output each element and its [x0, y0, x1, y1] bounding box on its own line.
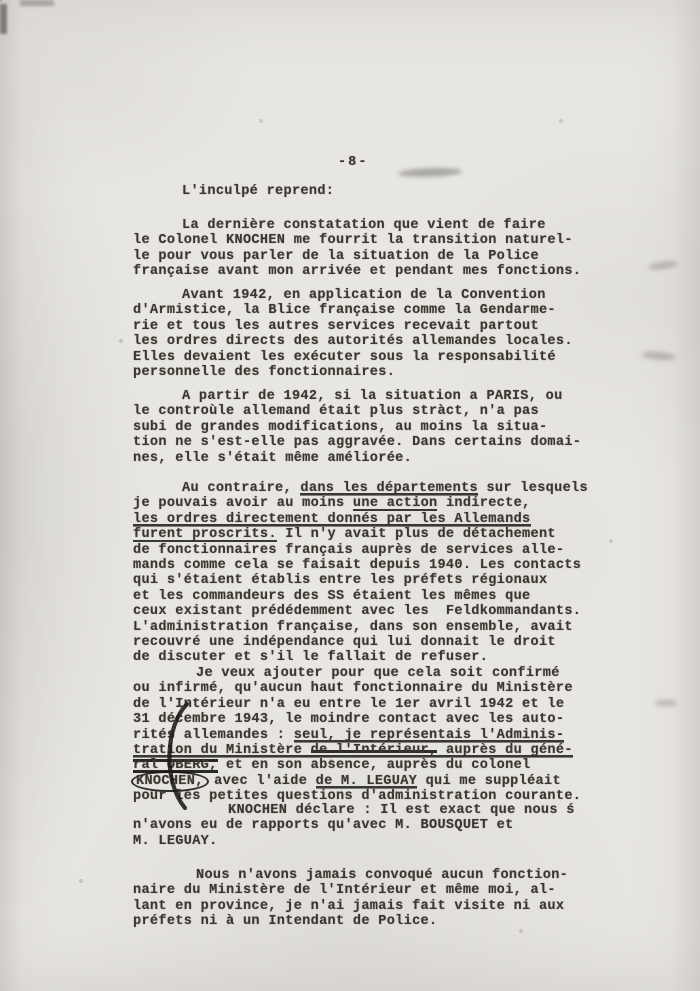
text-line: le pour vous parler de la situation de l… — [133, 249, 613, 264]
text-segment: L'administration française, dans son ens… — [133, 620, 573, 635]
text-line: KNOCHEN, avec l'aide de M. LEGUAY qui me… — [133, 774, 613, 789]
text-segment: recouvré une indépendance qui lui donnai… — [133, 635, 556, 650]
text-line: Au contraire, dans les départements sur … — [133, 481, 613, 496]
paragraph: KNOCHEN déclare : Il est exact que nous … — [133, 803, 613, 849]
text-line: nes, elle s'était même améliorée. — [133, 451, 613, 466]
text-segment: et les commandeurs des SS étaient les mê… — [133, 589, 531, 604]
pen-underlined-text: seul, je représentais l'Adminis- — [294, 728, 565, 743]
text-line: de fonctionnaires français auprès de ser… — [133, 543, 613, 558]
text-line: et les commandeurs des SS étaient les mê… — [133, 589, 613, 604]
text-segment: subi de grandes modifications, au moins … — [133, 420, 547, 435]
text-line: le controùle allemand était plus stràct,… — [133, 404, 613, 419]
pen-marked-text: de l'Intérieur, — [311, 743, 438, 758]
text-line: ou infirmé, qu'aucun haut fonctionnaire … — [133, 681, 613, 696]
text-segment: Je veux ajouter pour que cela soit confi… — [196, 666, 560, 681]
text-segment: lant en province, je n'ai jamais fait vi… — [133, 899, 564, 914]
text-line: les ordres directs des autorités alleman… — [133, 334, 613, 349]
text-segment: n'avons eu de rapports qu'avec M. BOUSQU… — [133, 818, 514, 833]
pen-underlined-text: auprès du géné- — [437, 743, 572, 758]
text-segment: qui me suppléait — [417, 774, 561, 789]
pen-underlined-text: de M. LEGUAY — [316, 774, 418, 789]
document-body: La dernière constatation que vient de fa… — [0, 0, 700, 991]
paragraph: A partir de 1942, si la situation a PARI… — [133, 389, 613, 466]
text-line: Elles devaient les exécuter sous la resp… — [133, 350, 613, 365]
text-segment: le pour vous parler de la situation de l… — [133, 249, 539, 264]
text-segment: personnelle des fonctionnaires. — [133, 365, 395, 380]
text-segment: Elles devaient les exécuter sous la resp… — [133, 350, 556, 365]
text-line: recouvré une indépendance qui lui donnai… — [133, 635, 613, 650]
text-line: mands comme cela se faisait depuis 1940.… — [133, 558, 613, 573]
text-line: ral OBERG, et en son absence, auprès du … — [133, 758, 613, 773]
text-line: KNOCHEN déclare : Il est exact que nous … — [133, 803, 613, 818]
text-line: L'administration française, dans son ens… — [133, 620, 613, 635]
text-segment: les ordres directs des autorités alleman… — [133, 334, 573, 349]
text-segment: indirecte, — [437, 496, 530, 511]
text-segment: avec l'aide — [206, 774, 316, 789]
text-segment: je pouvais avoir au moins — [133, 496, 353, 511]
pen-underlined-text: une action — [353, 496, 438, 511]
text-segment: le controùle allemand était plus stràct,… — [133, 404, 539, 419]
text-line: n'avons eu de rapports qu'avec M. BOUSQU… — [133, 818, 613, 833]
text-segment: Au contraire, — [182, 481, 300, 496]
text-segment: de discuter et s'il le fallait de refuse… — [133, 650, 488, 665]
text-segment: ou infirmé, qu'aucun haut fonctionnaire … — [133, 681, 573, 696]
text-line: A partir de 1942, si la situation a PARI… — [133, 389, 613, 404]
text-line: Avant 1942, en application de la Convent… — [133, 288, 613, 303]
text-segment: sur lesquels — [478, 481, 588, 496]
text-line: Nous n'avons jamais convoqué aucun fonct… — [133, 868, 613, 883]
pen-underlined-text: les ordres directement donnés par les Al… — [133, 512, 531, 527]
text-line: d'Armistice, la Blice française comme la… — [133, 303, 613, 318]
paragraph: Au contraire, dans les départements sur … — [133, 481, 613, 666]
pen-underlined-text: dans les départements — [300, 481, 478, 496]
margin-parenthesis-mark — [156, 700, 196, 817]
text-segment: et en son absence, auprès du colonel — [218, 758, 531, 773]
text-line: naire du Ministère de l'Intérieur et mêm… — [133, 883, 613, 898]
text-segment: tion ne s'est-elle pas aggravée. Dans ce… — [133, 435, 581, 450]
text-segment: le Colonel KNOCHEN me fourrit la transit… — [133, 233, 573, 248]
text-line: 31 décembre 1943, le moindre contact ave… — [133, 712, 613, 727]
text-line: rités allemandes : seul, je représentais… — [133, 728, 613, 743]
scanned-document-page: -8- L'inculpé reprend: La dernière const… — [0, 0, 700, 991]
text-line: personnelle des fonctionnaires. — [133, 365, 613, 380]
text-segment: ceux existant prédédemment avec les Feld… — [133, 604, 581, 619]
text-line: subi de grandes modifications, au moins … — [133, 420, 613, 435]
paragraph: La dernière constatation que vient de fa… — [133, 218, 613, 280]
text-line: préfets ni à un Intendant de Police. — [133, 914, 613, 929]
text-segment: française avant mon arrivée et pendant m… — [133, 264, 581, 279]
text-segment: Il n'y avait plus de détachement — [277, 527, 556, 542]
text-segment: La dernière constatation que vient de fa… — [182, 218, 546, 233]
text-line: lant en province, je n'ai jamais fait vi… — [133, 899, 613, 914]
text-segment: Nous n'avons jamais convoqué aucun fonct… — [196, 868, 568, 883]
text-line: furent proscrits. Il n'y avait plus de d… — [133, 527, 613, 542]
text-line: les ordres directement donnés par les Al… — [133, 512, 613, 527]
text-segment: d'Armistice, la Blice française comme la… — [133, 303, 556, 318]
text-segment: naire du Ministère de l'Intérieur et mêm… — [133, 883, 556, 898]
text-segment: A partir de 1942, si la situation a PARI… — [182, 389, 563, 404]
text-line: Je veux ajouter pour que cela soit confi… — [133, 666, 613, 681]
text-segment: rie et tous les autres services recevait… — [133, 319, 539, 334]
text-segment: M. LEGUAY. — [133, 834, 218, 849]
text-segment: nes, elle s'était même améliorée. — [133, 451, 412, 466]
text-segment: de l'Intérieur n'a eu entre le 1er avril… — [133, 697, 564, 712]
text-line: qui s'étaient établis entre les préfets … — [133, 573, 613, 588]
paragraph: Nous n'avons jamais convoqué aucun fonct… — [133, 868, 613, 930]
paragraph: Avant 1942, en application de la Convent… — [133, 288, 613, 380]
text-segment: Avant 1942, en application de la Convent… — [182, 288, 546, 303]
text-line: M. LEGUAY. — [133, 834, 613, 849]
text-segment: mands comme cela se faisait depuis 1940.… — [133, 558, 581, 573]
text-segment: préfets ni à un Intendant de Police. — [133, 914, 437, 929]
text-segment: de fonctionnaires français auprès de ser… — [133, 543, 564, 558]
text-line: rie et tous les autres services recevait… — [133, 319, 613, 334]
text-line: de discuter et s'il le fallait de refuse… — [133, 650, 613, 665]
text-segment: 31 décembre 1943, le moindre contact ave… — [133, 712, 564, 727]
text-line: le Colonel KNOCHEN me fourrit la transit… — [133, 233, 613, 248]
text-segment: pour les petites questions d'administrat… — [133, 789, 581, 804]
pen-underlined-text: furent proscrits. — [133, 527, 277, 542]
text-line: La dernière constatation que vient de fa… — [133, 218, 613, 233]
text-line: je pouvais avoir au moins une action ind… — [133, 496, 613, 511]
text-line: ceux existant prédédemment avec les Feld… — [133, 604, 613, 619]
paragraph: Je veux ajouter pour que cela soit confi… — [133, 666, 613, 805]
text-segment: KNOCHEN déclare : Il est exact que nous … — [228, 803, 575, 818]
text-line: tration du Ministère de l'Intérieur, aup… — [133, 743, 613, 758]
text-segment: qui s'étaient établis entre les préfets … — [133, 573, 547, 588]
text-line: tion ne s'est-elle pas aggravée. Dans ce… — [133, 435, 613, 450]
text-line: française avant mon arrivée et pendant m… — [133, 264, 613, 279]
text-line: de l'Intérieur n'a eu entre le 1er avril… — [133, 697, 613, 712]
